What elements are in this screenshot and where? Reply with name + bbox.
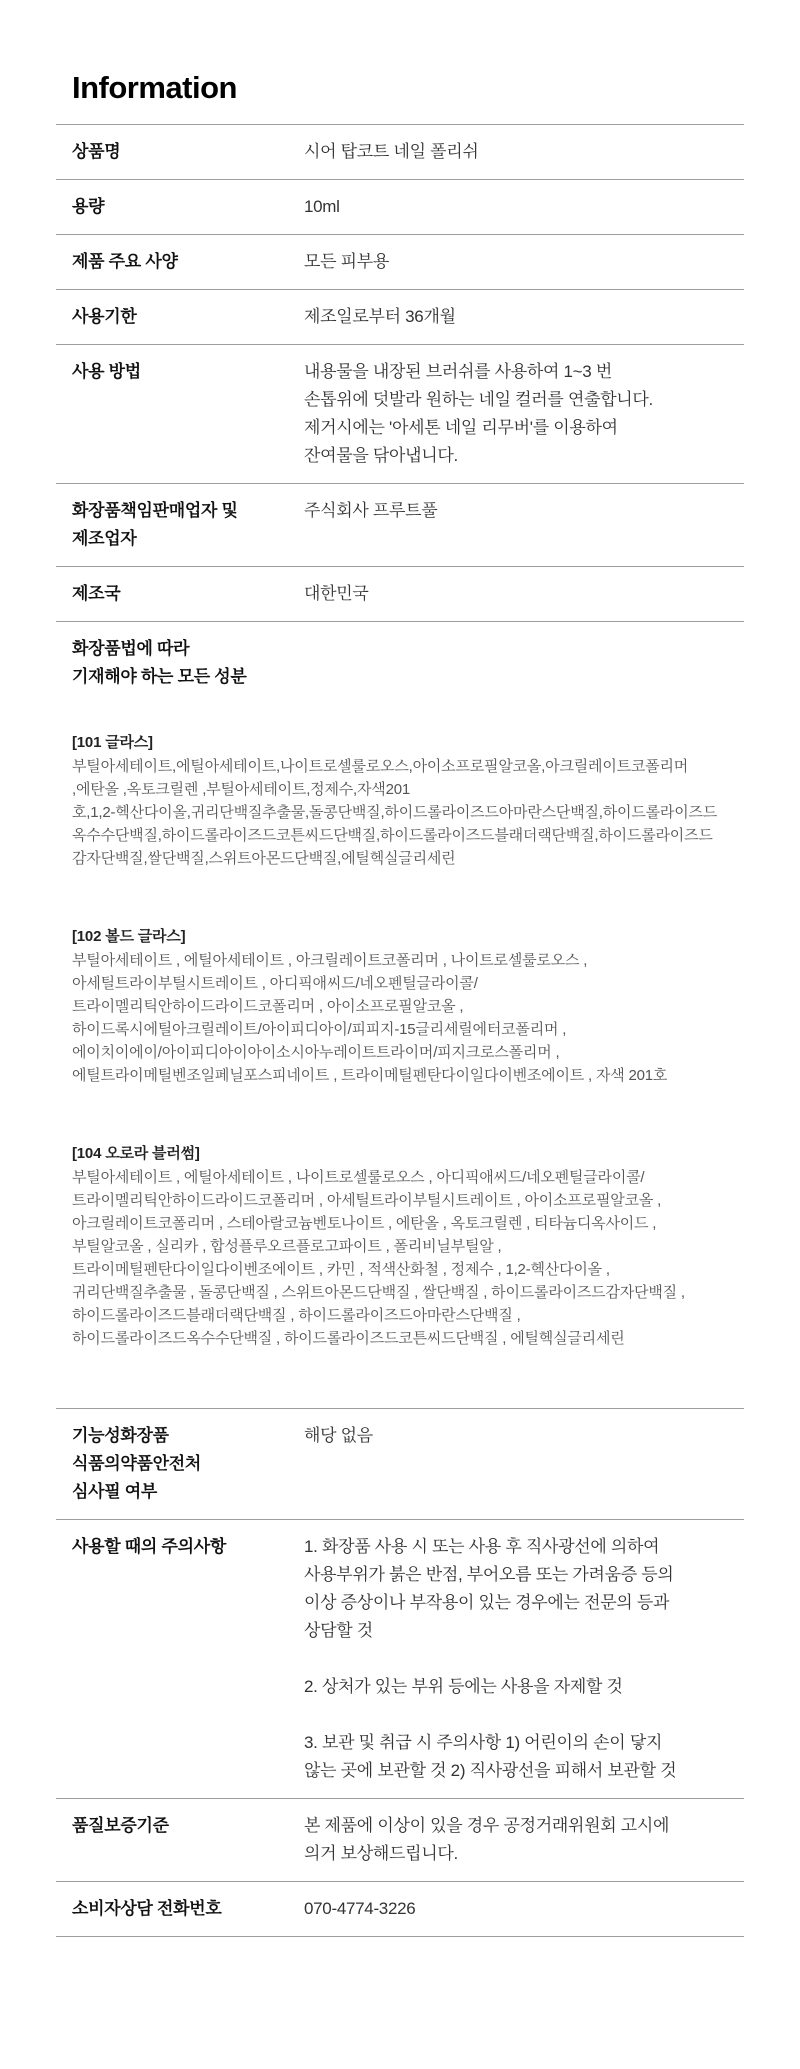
ingredient-block-102-bold-glass: [102 볼드 글라스] 부틸아세테이트 , 에틸아세테이트 , 아크릴레이트코…	[72, 925, 744, 1087]
ingredient-block-text: 부틸아세테이트,에틸아세테이트,나이트로셀룰로오스,아이소프로필알코올,아크릴레…	[72, 755, 744, 870]
row-value: 제조일로부터 36개월	[304, 303, 744, 331]
ingredient-block-title: [104 오로라 블러썸]	[72, 1142, 744, 1166]
ingredients-list: [101 글라스] 부틸아세테이트,에틸아세테이트,나이트로셀룰로오스,아이소프…	[56, 731, 744, 1350]
row-label: 제품 주요 사양	[56, 248, 304, 276]
row-label: 화장품책임판매업자 및 제조업자	[56, 497, 304, 553]
ingredient-block-104-aurora-blossom: [104 오로라 블러썸] 부틸아세테이트 , 에틸아세테이트 , 나이트로셀룰…	[72, 1142, 744, 1350]
ingredients-section-heading: 화장품법에 따라 기재해야 하는 모든 성분	[56, 635, 744, 691]
ingredients-section: 화장품법에 따라 기재해야 하는 모든 성분 [101 글라스] 부틸아세테이트…	[56, 621, 744, 1408]
row-value: 주식회사 프루트풀	[304, 497, 744, 553]
table-row-volume: 용량 10ml	[56, 179, 744, 234]
ingredient-block-text: 부틸아세테이트 , 에틸아세테이트 , 아크릴레이트코폴리머 , 나이트로셀룰로…	[72, 949, 744, 1087]
row-label: 소비자상담 전화번호	[56, 1895, 304, 1923]
table-row-expiration: 사용기한 제조일로부터 36개월	[56, 289, 744, 344]
page-title: Information	[72, 70, 744, 106]
row-value: 모든 피부용	[304, 248, 744, 276]
row-label: 상품명	[56, 138, 304, 166]
table-row-product-name: 상품명 시어 탑코트 네일 폴리쉬	[56, 124, 744, 179]
table-row-functional-cosmetics: 기능성화장품 식품의약품안전처 심사필 여부 해당 없음	[56, 1408, 744, 1519]
row-value: 070-4774-3226	[304, 1895, 744, 1923]
ingredient-block-text: 부틸아세테이트 , 에틸아세테이트 , 나이트로셀룰로오스 , 아디픽애씨드/네…	[72, 1166, 744, 1350]
table-row-precautions: 사용할 때의 주의사항 1. 화장품 사용 시 또는 사용 후 직사광선에 의하…	[56, 1519, 744, 1798]
table-row-quality-guarantee: 품질보증기준 본 제품에 이상이 있을 경우 공정거래위원회 고시에 의거 보상…	[56, 1798, 744, 1881]
ingredient-block-101-glass: [101 글라스] 부틸아세테이트,에틸아세테이트,나이트로셀룰로오스,아이소프…	[72, 731, 744, 870]
row-value: 본 제품에 이상이 있을 경우 공정거래위원회 고시에 의거 보상해드립니다.	[304, 1812, 744, 1868]
product-information-page: Information 상품명 시어 탑코트 네일 폴리쉬 용량 10ml 제품…	[0, 0, 800, 2069]
row-label: 품질보증기준	[56, 1812, 304, 1868]
row-value: 내용물을 내장된 브러쉬를 사용하여 1~3 번 손톱위에 덧발라 원하는 네일…	[304, 358, 744, 470]
row-value: 시어 탑코트 네일 폴리쉬	[304, 138, 744, 166]
row-value: 1. 화장품 사용 시 또는 사용 후 직사광선에 의하여 사용부위가 붉은 반…	[304, 1533, 744, 1785]
table-row-usage: 사용 방법 내용물을 내장된 브러쉬를 사용하여 1~3 번 손톱위에 덧발라 …	[56, 344, 744, 483]
row-label: 사용 방법	[56, 358, 304, 470]
table-row-country: 제조국 대한민국	[56, 566, 744, 621]
row-label: 사용할 때의 주의사항	[56, 1533, 304, 1785]
product-info-table: 상품명 시어 탑코트 네일 폴리쉬 용량 10ml 제품 주요 사양 모든 피부…	[56, 124, 744, 1937]
row-label: 용량	[56, 193, 304, 221]
row-label: 사용기한	[56, 303, 304, 331]
row-label: 제조국	[56, 580, 304, 608]
row-value: 대한민국	[304, 580, 744, 608]
row-value: 10ml	[304, 193, 744, 221]
row-label: 기능성화장품 식품의약품안전처 심사필 여부	[56, 1422, 304, 1506]
ingredient-block-title: [102 볼드 글라스]	[72, 925, 744, 949]
table-row-manufacturer: 화장품책임판매업자 및 제조업자 주식회사 프루트풀	[56, 483, 744, 566]
ingredient-block-title: [101 글라스]	[72, 731, 744, 755]
table-row-spec: 제품 주요 사양 모든 피부용	[56, 234, 744, 289]
row-value: 해당 없음	[304, 1422, 744, 1506]
table-row-customer-service-phone: 소비자상담 전화번호 070-4774-3226	[56, 1881, 744, 1936]
